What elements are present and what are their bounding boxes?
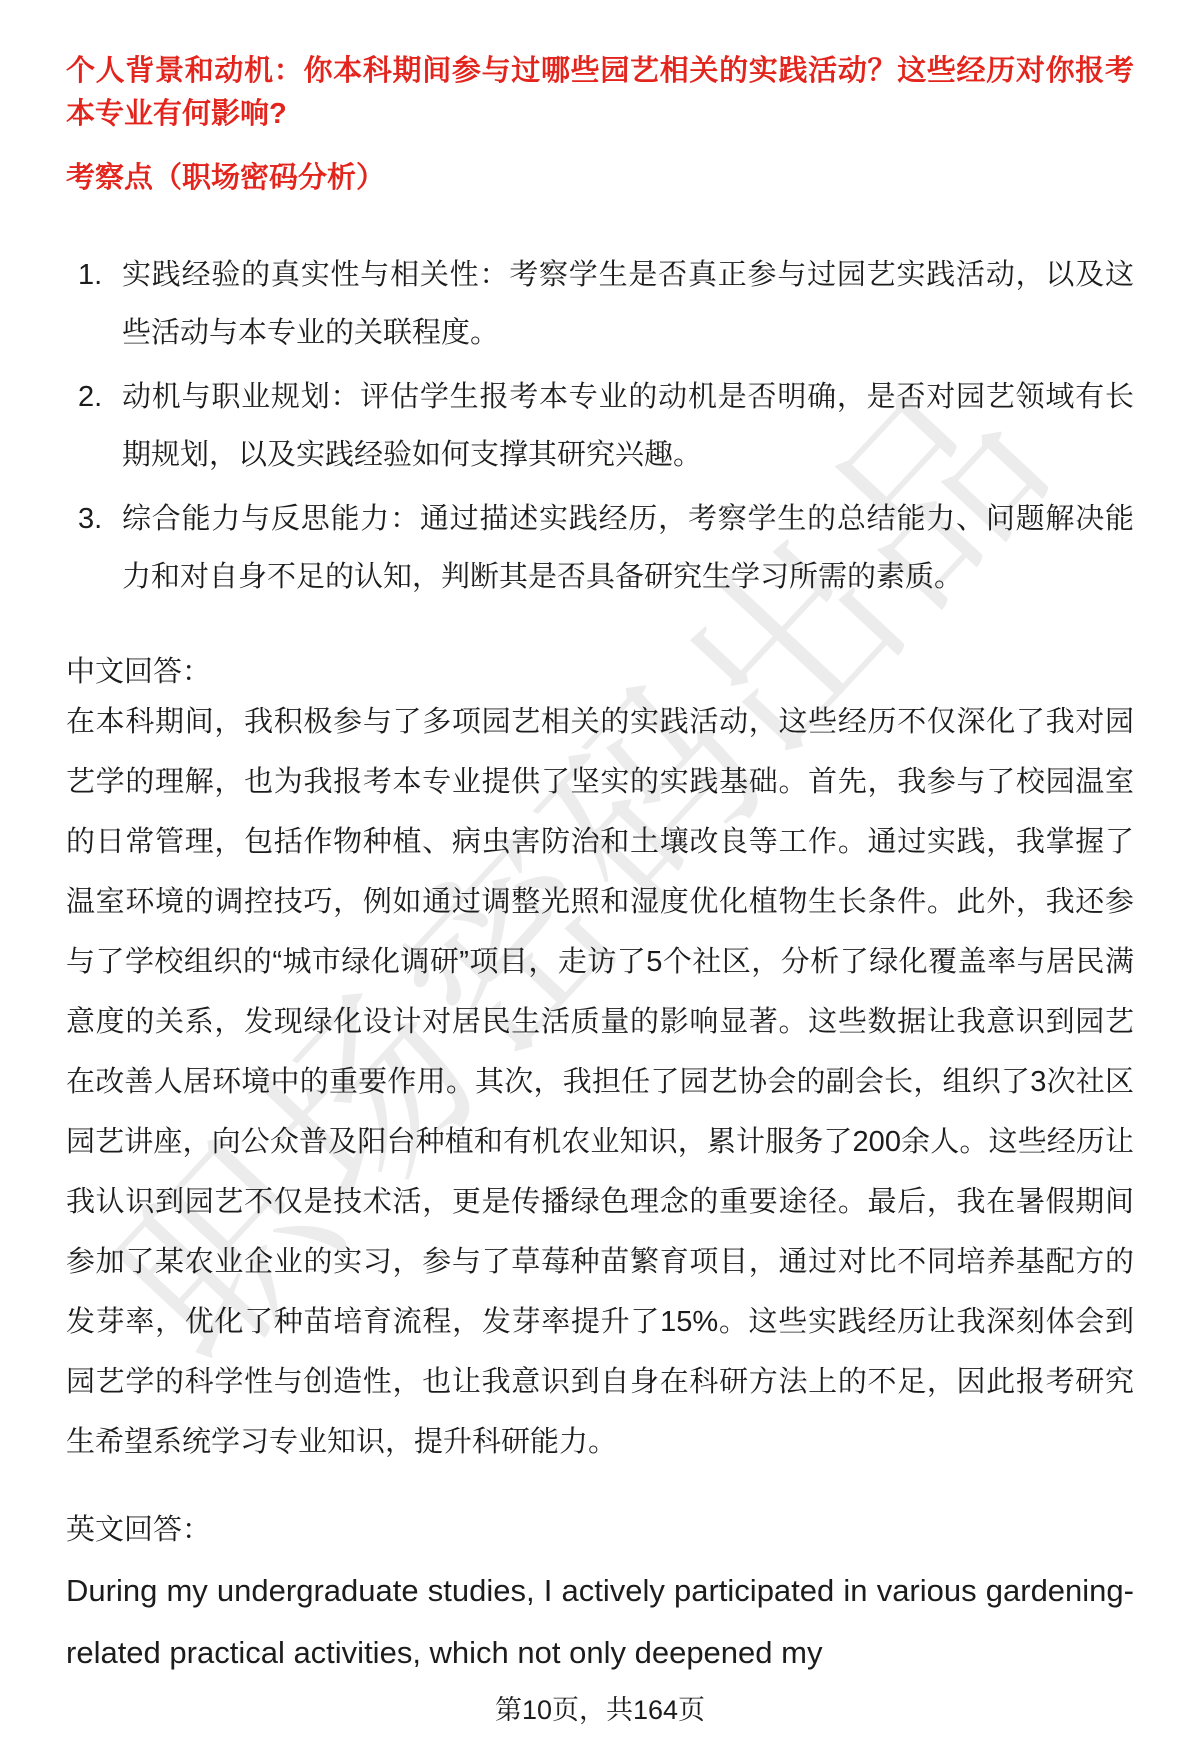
list-item-text: 动机与职业规划：评估学生报考本专业的动机是否明确，是否对园艺领域有长期规划，以及… [122, 368, 1134, 484]
list-item-number: 1. [66, 246, 122, 362]
list-item-text: 实践经验的真实性与相关性：考察学生是否真正参与过园艺实践活动，以及这些活动与本专… [122, 246, 1134, 362]
english-answer-label: 英文回答： [66, 1510, 1134, 1550]
page-number-footer: 第10页，共164页 [66, 1692, 1134, 1728]
list-item: 2. 动机与职业规划：评估学生报考本专业的动机是否明确，是否对园艺领域有长期规划… [66, 368, 1134, 484]
chinese-answer-label: 中文回答： [66, 652, 1134, 692]
list-item-number: 2. [66, 368, 122, 484]
section-heading: 考察点（职场密码分析） [66, 158, 1134, 198]
question-title: 个人背景和动机：你本科期间参与过哪些园艺相关的实践活动？这些经历对你报考本专业有… [66, 50, 1134, 136]
document-page: 职场密码出品 个人背景和动机：你本科期间参与过哪些园艺相关的实践活动？这些经历对… [0, 0, 1200, 1755]
list-item-text: 综合能力与反思能力：通过描述实践经历，考察学生的总结能力、问题解决能力和对自身不… [122, 490, 1134, 606]
chinese-answer-paragraph: 在本科期间，我积极参与了多项园艺相关的实践活动，这些经历不仅深化了我对园艺学的理… [66, 692, 1134, 1472]
page-content: 个人背景和动机：你本科期间参与过哪些园艺相关的实践活动？这些经历对你报考本专业有… [0, 0, 1200, 1728]
english-answer-paragraph: During my undergraduate studies, I activ… [66, 1560, 1134, 1684]
list-item-number: 3. [66, 490, 122, 606]
list-item: 1. 实践经验的真实性与相关性：考察学生是否真正参与过园艺实践活动，以及这些活动… [66, 246, 1134, 362]
assessment-points-list: 1. 实践经验的真实性与相关性：考察学生是否真正参与过园艺实践活动，以及这些活动… [66, 246, 1134, 606]
list-item: 3. 综合能力与反思能力：通过描述实践经历，考察学生的总结能力、问题解决能力和对… [66, 490, 1134, 606]
